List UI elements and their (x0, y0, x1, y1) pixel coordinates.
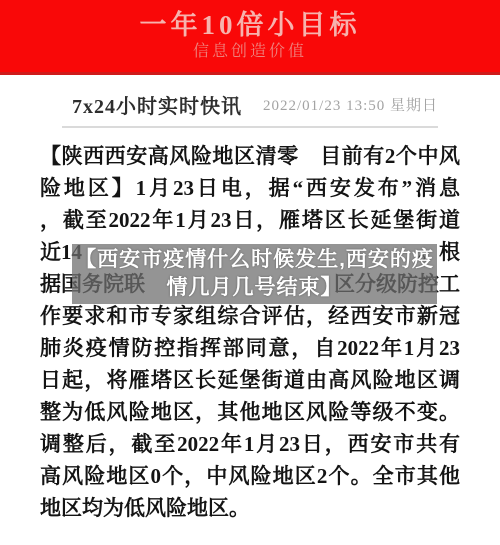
article-line: ，截至2022年1月23日，雁塔区长延堡街道 (40, 204, 460, 236)
watermark-overlay: 【西安市疫情什么时候发生,西安的疫 情几月几号结束】 (72, 244, 437, 304)
subheader-bar: 7x24小时实时快讯 2022/01/23 13:50 星期日 (0, 83, 500, 125)
article-line: 险地区】1月23日电，据“西安发布”消息 (40, 172, 460, 204)
news-flash-card: 一年10倍小目标 信息创造价值 7x24小时实时快讯 2022/01/23 13… (0, 0, 500, 545)
article-line: 肺炎疫情防控指挥部同意，自2022年1月23 (40, 332, 460, 364)
article-line: 【陕西西安高风险地区清零 目前有2个中风 (40, 140, 460, 172)
article-line: 作要求和市专家组综合评估，经西安市新冠 (40, 300, 460, 332)
channel-title: 7x24小时实时快讯 (72, 90, 242, 119)
article-line: 调整后，截至2022年1月23日，西安市共有 (40, 428, 460, 460)
header-divider (62, 126, 438, 128)
site-slogan: 信息创造价值 (193, 42, 307, 62)
article-line: 日起，将雁塔区长延堡街道由高风险地区调 (40, 364, 460, 396)
timestamp: 2022/01/23 13:50 星期日 (263, 94, 438, 115)
article-line: 地区均为低风险地区。 (40, 492, 460, 524)
watermark-text-line2: 情几月几号结束】 (167, 274, 343, 302)
masthead-banner: 一年10倍小目标 信息创造价值 (0, 0, 500, 75)
watermark-text-line1: 【西安市疫情什么时候发生,西安的疫 (75, 246, 434, 274)
article-body: 【陕西西安高风险地区清零 目前有2个中风 险地区】1月23日电，据“西安发布”消… (40, 140, 460, 524)
article-line: 高风险地区0个，中风险地区2个。全市其他 (40, 460, 460, 492)
article-line: 整为低风险地区，其他地区风险等级不变。 (40, 396, 460, 428)
site-title: 一年10倍小目标 (140, 10, 361, 40)
